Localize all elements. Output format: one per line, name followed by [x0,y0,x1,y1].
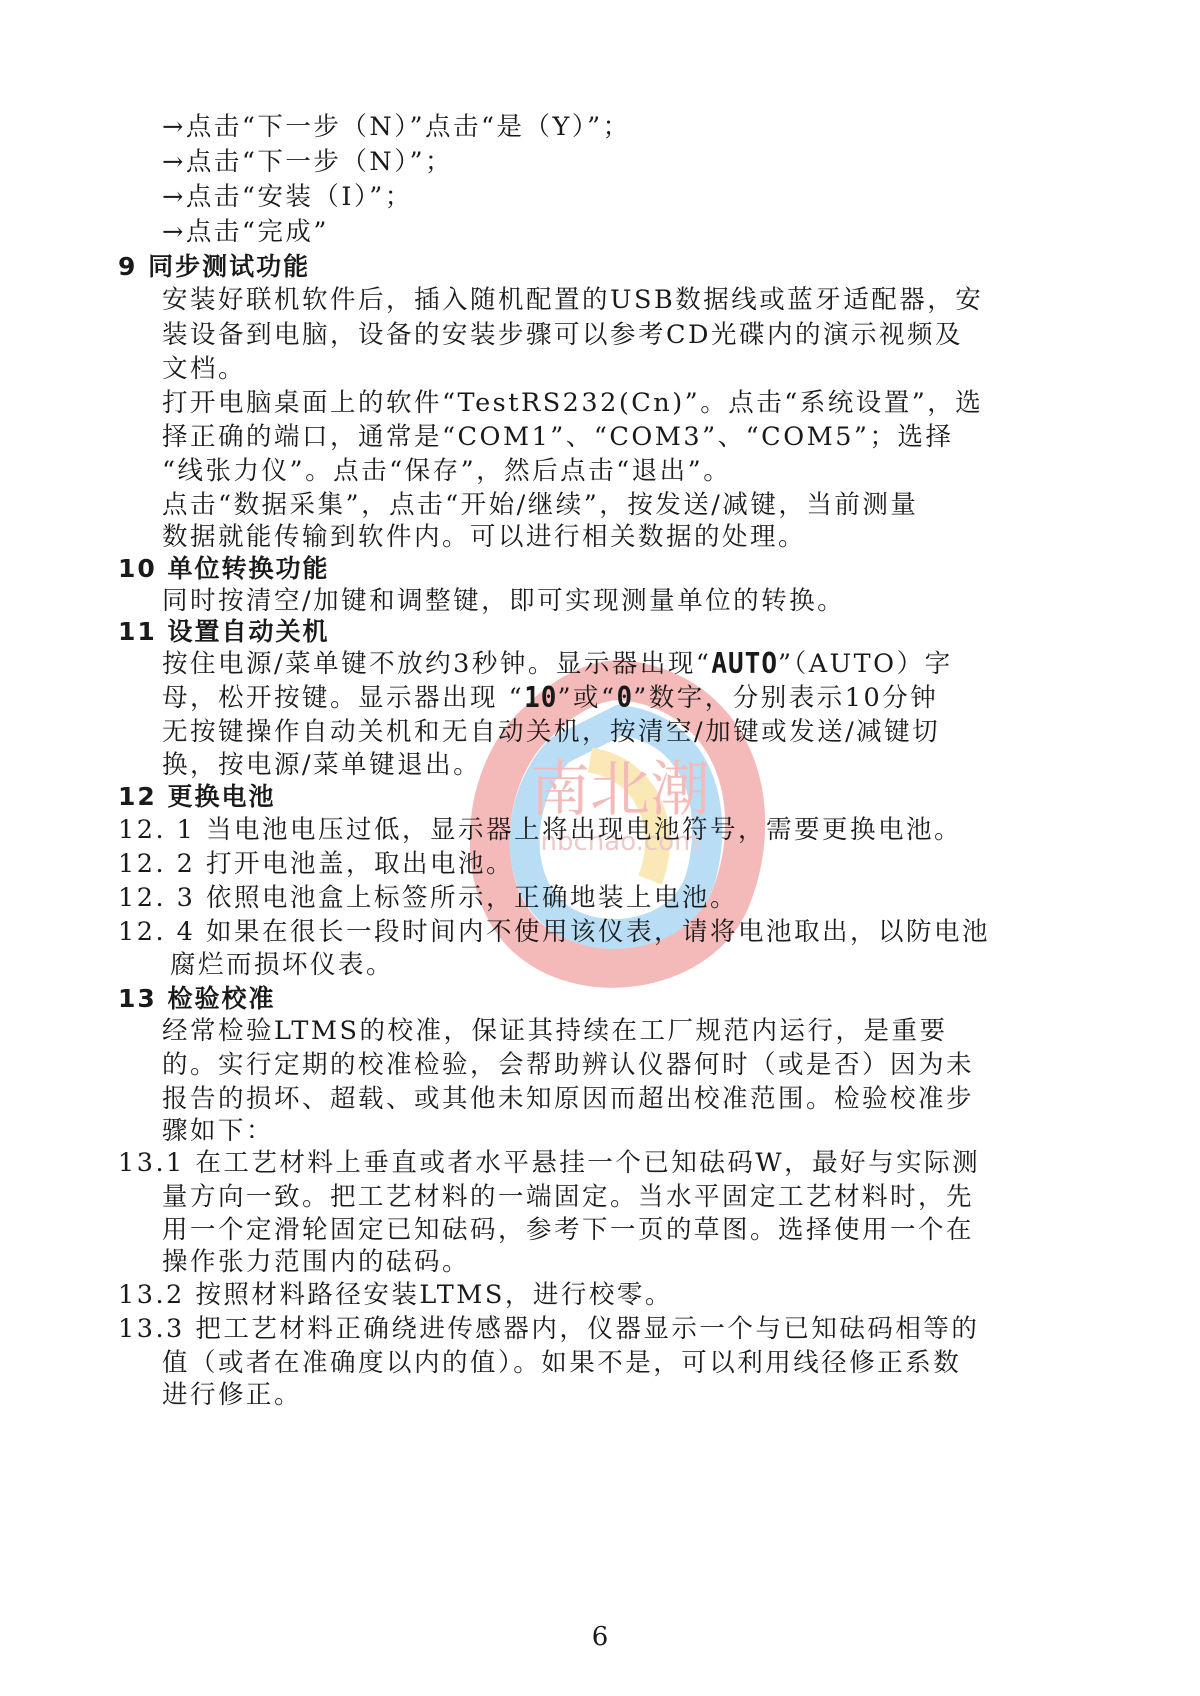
install-step-4: →点击“完成” [162,215,329,249]
paragraph-line: 数据就能传输到软件内。可以进行相关数据的处理。 [162,520,806,554]
paragraph-line: 母，松开按键。显示器出现 “10”或“0”数字，分别表示10分钟 [162,681,938,715]
paragraph-line: 经常检验LTMS的校准，保证其持续在工厂规范内运行，是重要 [162,1014,947,1048]
paragraph-line: 骤如下： [162,1114,274,1148]
section-11-heading: 11 设置自动关机 [118,615,330,649]
install-step-2: →点击“下一步（N）”； [162,145,453,179]
paragraph-line: 择正确的端口，通常是“COM1”、“COM3”、“COM5”；选择 [162,420,953,454]
paragraph-line: 同时按清空/加键和调整键，即可实现测量单位的转换。 [162,584,845,618]
list-item: 12. 4 如果在很长一段时间内不使用该仪表，请将电池取出，以防电池 [118,915,990,949]
list-item: 12. 2 打开电池盖，取出电池。 [118,847,514,881]
install-step-1: →点击“下一步（N）”点击“是（Y）”； [162,110,631,144]
section-9-heading: 9 同步测试功能 [118,250,310,284]
section-12-heading: 12 更换电池 [118,780,276,814]
install-step-3: →点击“安装（I）”； [162,180,413,214]
paragraph-line: 安装好联机软件后，插入随机配置的USB数据线或蓝牙适配器，安 [162,283,983,317]
list-item: 12. 1 当电池电压过低，显示器上将出现电池符号，需要更换电池。 [118,813,962,847]
list-item-continued: 用一个定滑轮固定已知砝码，参考下一页的草图。选择使用一个在 [162,1213,974,1247]
paragraph-line: 的。实行定期的校准检验，会帮助辨认仪器何时（或是否）因为未 [162,1048,974,1082]
list-item: 13.3 把工艺材料正确绕进传感器内，仪器显示一个与已知砝码相等的 [118,1312,979,1346]
paragraph-line: 打开电脑桌面上的软件“TestRS232(Cn)”。点击“系统设置”，选 [162,386,983,420]
section-13-heading: 13 检验校准 [118,982,276,1016]
list-item-continued: 进行修正。 [162,1378,302,1412]
list-item: 13.1 在工艺材料上垂直或者水平悬挂一个已知砝码W，最好与实际测 [118,1146,980,1180]
paragraph-line: “线张力仪”。点击“保存”，然后点击“退出”。 [162,454,731,488]
list-item: 13.2 按照材料路径安装LTMS，进行校零。 [118,1278,673,1312]
paragraph-line: 装设备到电脑，设备的安装步骤可以参考CD光碟内的演示视频及 [162,318,963,352]
paragraph-line: 按住电源/菜单键不放约3秒钟。显示器出现“AUTO”（AUTO）字 [162,647,953,681]
list-item-continued: 腐烂而损坏仪表。 [170,948,394,982]
paragraph-line: 点击“数据采集”，点击“开始/继续”，按发送/减键，当前测量 [162,488,918,522]
document-page: 南北潮 nbchao.com →点击“下一步（N）”点击“是（Y）”； →点击“… [0,0,1200,1696]
list-item-continued: 操作张力范围内的砝码。 [162,1245,470,1279]
seven-segment-0: 0 [617,679,634,716]
seven-segment-auto: AUTO [711,645,778,682]
list-item-continued: 值（或者在准确度以内的值）。如果不是，可以利用线径修正系数 [162,1346,961,1380]
paragraph-line: 文档。 [162,352,246,386]
section-10-heading: 10 单位转换功能 [118,552,330,586]
paragraph-line: 报告的损坏、超载、或其他未知原因而超出校准范围。检验校准步 [162,1082,974,1116]
list-item: 12. 3 依照电池盒上标签所示，正确地装上电池。 [118,881,738,915]
paragraph-line: 无按键操作自动关机和无自动关机，按清空/加键或发送/减键切 [162,715,940,749]
seven-segment-10: 10 [524,679,557,716]
paragraph-line: 换，按电源/菜单键退出。 [162,748,481,782]
list-item-continued: 量方向一致。把工艺材料的一端固定。当水平固定工艺材料时，先 [162,1180,974,1214]
page-number: 6 [0,1622,1200,1652]
